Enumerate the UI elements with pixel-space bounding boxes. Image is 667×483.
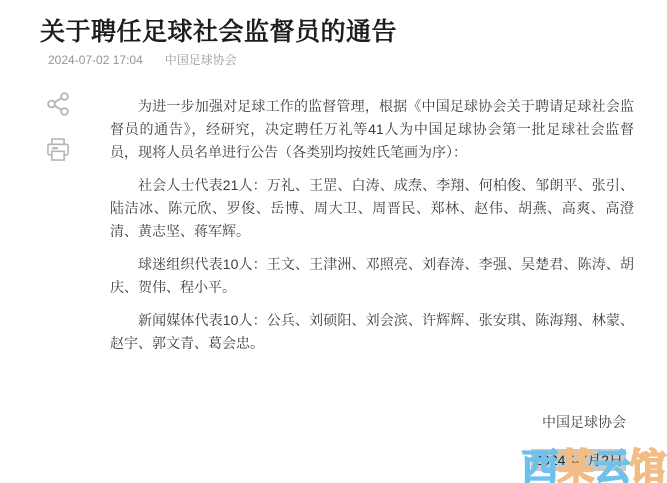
paragraph-media-representatives: 新闻媒体代表10人：公兵、刘硕阳、刘会滨、许辉辉、张安琪、陈海翔、林蒙、赵宇、郭… <box>110 309 634 355</box>
paragraph-intro: 为进一步加强对足球工作的监督管理，根据《中国足球协会关于聘请足球社会监督员的通告… <box>110 95 634 164</box>
publish-source: 中国足球协会 <box>165 53 237 67</box>
paragraph-social-representatives: 社会人士代表21人：万礼、王罡、白涛、成焘、李翔、何柏俊、邹朗平、张引、陆洁冰、… <box>110 174 634 243</box>
print-icon <box>44 136 72 164</box>
signature-block: 中国足球协会 2024年7月2日 <box>110 411 634 472</box>
publish-datetime: 2024-07-02 17:04 <box>48 53 143 67</box>
signature-date: 2024年7月2日 <box>531 449 626 471</box>
article-body: 为进一步加强对足球工作的监督管理，根据《中国足球协会关于聘请足球社会监督员的通告… <box>110 95 634 472</box>
signature-org: 中国足球协会 <box>110 411 626 434</box>
watermark-char: 馆 <box>630 446 666 483</box>
side-toolbar <box>44 90 74 182</box>
article-meta: 2024-07-02 17:04中国足球协会 <box>48 51 237 68</box>
article-page: 关于聘任足球社会监督员的通告 2024-07-02 17:04中国足球协会 <box>0 0 667 483</box>
page-title: 关于聘任足球社会监督员的通告 <box>40 12 397 48</box>
paragraph-fan-org-representatives: 球迷组织代表10人：王文、王津洲、邓照亮、刘春涛、李强、吴楚君、陈涛、胡庆、贺伟… <box>110 253 634 299</box>
signature-date-line: 2024年7月2日 <box>110 449 626 472</box>
share-button[interactable] <box>44 90 72 118</box>
share-icon <box>44 90 72 118</box>
print-button[interactable] <box>44 136 72 164</box>
